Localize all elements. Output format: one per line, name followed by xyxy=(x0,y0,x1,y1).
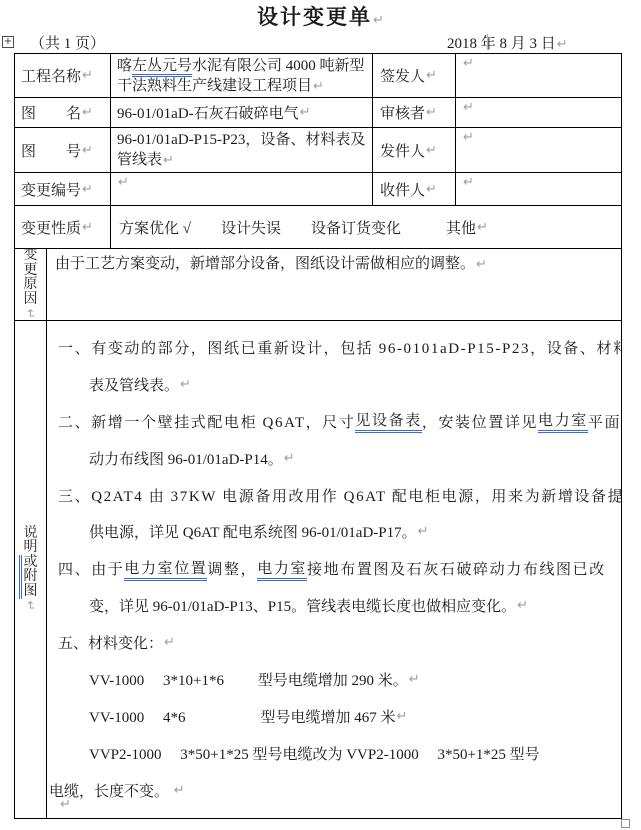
cell-label: 变更编号 xyxy=(21,179,81,200)
date-label: 2018 年 8 月 3 日↵ xyxy=(447,32,568,53)
cell-label: 图 号 xyxy=(21,140,81,161)
paragraph-mark: ↵ xyxy=(516,598,528,613)
paragraph-mark: ↵ xyxy=(179,377,191,392)
date-text: 2018 年 8 月 3 日 xyxy=(447,36,556,52)
note-text: 变，详见 96-01/01aD-P13、P15。管线表电缆长度也做相应变化。 xyxy=(89,595,516,616)
vertical-label-char: 明 xyxy=(24,541,38,556)
note-line: 供电源，详见 Q6AT 配电系统图 96-01/01aD-P17。↵ xyxy=(89,513,621,550)
vertical-label-char: 原 xyxy=(24,278,38,293)
change-reason-value-cell[interactable]: 由于工艺方案变动，新增部分设备，图纸设计需做相应的调整。↵ xyxy=(47,249,621,320)
cell-label: 变更性质 xyxy=(21,217,81,238)
drawing-name-label-cell: 图 名↵ xyxy=(15,98,111,127)
receiver-label-cell: 收件人↵ xyxy=(373,173,456,205)
paragraph-mark: ↵ xyxy=(283,451,295,466)
note-text: VV-1000 3*10+1*6 型号电缆增加 290 米。 xyxy=(89,669,408,690)
notes-content-cell[interactable]: 一、有变动的部分，图纸已重新设计，包括 96-0101aD-P15-P23，设备… xyxy=(47,321,621,818)
note-line: 三、Q2AT4 由 37KW 电源备用改用作 Q6AT 配电柜电源，用来为新增设… xyxy=(58,477,621,514)
text-segment: 喀 xyxy=(117,58,132,74)
cell-value: 96-01/01aD-石灰石破碎电气 xyxy=(117,102,299,123)
note-text: 动力布线图 96-01/01aD-P14。 xyxy=(89,448,283,469)
issuer-label-cell: 签发人↵ xyxy=(373,54,456,97)
cell-end-mark: ↵ xyxy=(425,105,437,120)
drawing-number-label-cell: 图 号↵ xyxy=(15,128,111,172)
spellcheck-underlined-text: 左丛元号 xyxy=(132,58,192,77)
vertical-label-char: 因 xyxy=(24,293,38,308)
issuer-value-cell[interactable]: ↵ xyxy=(456,54,621,97)
cell-end-mark: ↵ xyxy=(117,175,129,190)
change-order-table: 工程名称↵ 喀左丛元号水泥有限公司 4000 吨新型干法熟料生产线建设工程项目↵… xyxy=(14,53,622,819)
paragraph-mark: ↵ xyxy=(408,672,420,687)
table-move-handle-icon[interactable]: + xyxy=(2,36,14,48)
note-text: VVP2-1000 3*50+1*25 型号电缆改为 VVP2-1000 3*5… xyxy=(89,743,540,764)
notes-lines: 一、有变动的部分，图纸已重新设计，包括 96-0101aD-P15-P23，设备… xyxy=(47,329,621,809)
cell-label: 签发人 xyxy=(380,65,425,86)
note-text: VV-1000 4*6 型号电缆增加 467 米 xyxy=(89,706,396,727)
note-line: 表及管线表。↵ xyxy=(89,366,621,403)
cell-end-mark: ↵ xyxy=(81,143,93,158)
paragraph-mark: ↵ xyxy=(24,601,37,611)
spellcheck-line xyxy=(19,555,22,599)
paragraph-mark: ↵ xyxy=(173,783,185,798)
paragraph-mark: ↵ xyxy=(396,709,408,724)
note-text: 二、新增一个壁挂式配电柜 Q6AT，尺寸 xyxy=(58,411,355,432)
cell-end-mark: ↵ xyxy=(476,220,488,235)
note-line: VVP2-1000 3*50+1*25 型号电缆改为 VVP2-1000 3*5… xyxy=(89,735,621,772)
note-line: 一、有变动的部分，图纸已重新设计，包括 96-0101aD-P15-P23，设备… xyxy=(58,329,621,366)
table-resize-handle[interactable] xyxy=(621,819,630,828)
paragraph-mark: ↵ xyxy=(24,308,37,318)
note-line: 五、材料变化：↵ xyxy=(58,624,621,661)
vertical-label-char: 变 xyxy=(24,249,38,264)
vertical-label-char: 附 xyxy=(24,570,38,585)
cell-end-mark: ↵ xyxy=(81,220,93,235)
table-row: 工程名称↵ 喀左丛元号水泥有限公司 4000 吨新型干法熟料生产线建设工程项目↵… xyxy=(15,54,621,98)
cell-end-mark: ↵ xyxy=(312,79,324,94)
vertical-label-char: 更 xyxy=(24,264,38,279)
cell-end-mark: ↵ xyxy=(425,68,437,83)
cell-end-mark: ↵ xyxy=(162,153,174,168)
cell-end-mark: ↵ xyxy=(425,182,437,197)
cell-label: 收件人 xyxy=(380,179,425,200)
reason-text: 由于工艺方案变动，新增部分设备，图纸设计需做相应的调整。 xyxy=(55,256,475,272)
change-nature-label-cell: 变更性质↵ xyxy=(15,206,111,248)
page-title-text: 设计变更单 xyxy=(257,5,372,29)
table-row: 图 名↵ 96-01/01aD-石灰石破碎电气↵ 审核者↵ ↵ xyxy=(15,98,621,128)
table-row: 变更性质↵ 方案优化 √ 设计失误 设备订货变化 其他↵ xyxy=(15,206,621,249)
notes-label-cell: 说明或附图↵ xyxy=(15,321,47,818)
spellcheck-underlined-text: 电力室 xyxy=(257,557,307,581)
paragraph-mark: ↵ xyxy=(556,37,568,52)
text-cursor xyxy=(487,34,488,50)
cell-label: 发件人 xyxy=(380,140,425,161)
project-name-label-cell: 工程名称↵ xyxy=(15,54,111,97)
note-line: VV-1000 3*10+1*6 型号电缆增加 290 米。↵ xyxy=(89,661,621,698)
paragraph-mark: ↵ xyxy=(372,13,384,28)
note-text: 平面 xyxy=(588,411,621,432)
note-line: VV-1000 4*6 型号电缆增加 467 米↵ xyxy=(89,698,621,735)
nature-options-text: 方案优化 √ 设计失误 设备订货变化 其他 xyxy=(119,217,476,238)
note-line: 动力布线图 96-01/01aD-P14。↵ xyxy=(89,440,621,477)
note-text: 五、材料变化： xyxy=(58,632,163,653)
note-text: 接地布置图及石灰石破碎动力布线图已改 xyxy=(307,558,606,579)
cell-end-mark: ↵ xyxy=(462,130,474,145)
document-page: 设计变更单↵ （共 1 页） 2018 年 8 月 3 日↵ + 工程名称↵ 喀… xyxy=(0,0,641,830)
cell-end-mark: ↵ xyxy=(475,257,487,272)
note-text: 供电源，详见 Q6AT 配电系统图 96-01/01aD-P17。 xyxy=(89,521,417,542)
drawing-name-value-cell[interactable]: 96-01/01aD-石灰石破碎电气↵ xyxy=(111,98,373,127)
cell-end-mark: ↵ xyxy=(299,105,311,120)
table-row: 说明或附图↵ 一、有变动的部分，图纸已重新设计，包括 96-0101aD-P15… xyxy=(15,321,621,818)
change-nature-options-cell[interactable]: 方案优化 √ 设计失误 设备订货变化 其他↵ xyxy=(111,206,621,248)
sender-value-cell[interactable]: ↵ xyxy=(456,128,621,172)
table-row: 图 号↵ 96-01/01aD-P15-P23，设备、材料表及管线表↵ 发件人↵… xyxy=(15,128,621,173)
cell-end-mark: ↵ xyxy=(81,105,93,120)
cell-label: 图 名 xyxy=(21,102,81,123)
note-line: 变，详见 96-01/01aD-P13、P15。管线表电缆长度也做相应变化。↵ xyxy=(89,587,621,624)
spellcheck-underlined-text: 见设备表 xyxy=(355,409,421,433)
cell-end-mark: ↵ xyxy=(81,182,93,197)
paragraph-mark: ↵ xyxy=(59,797,71,812)
vertical-label-char: 图 xyxy=(24,585,38,600)
note-text: 三、Q2AT4 由 37KW 电源备用改用作 Q6AT 配电柜电源，用来为新增设… xyxy=(58,485,621,506)
paragraph-mark: ↵ xyxy=(163,635,175,650)
note-text: 四、由于 xyxy=(58,558,124,579)
table-row: 变更原因↵ 由于工艺方案变动，新增部分设备，图纸设计需做相应的调整。↵ xyxy=(15,249,621,321)
note-text: ，安装位置详见 xyxy=(422,411,538,432)
page-title: 设计变更单↵ xyxy=(0,1,641,31)
reviewer-label-cell: 审核者↵ xyxy=(373,98,456,127)
spellcheck-underlined-text: 电力室位置 xyxy=(124,557,207,581)
note-line: 电缆，长度不变。 ↵ xyxy=(49,772,621,809)
change-number-label-cell: 变更编号↵ xyxy=(15,173,111,205)
cell-end-mark: ↵ xyxy=(81,68,93,83)
sender-label-cell: 发件人↵ xyxy=(373,128,456,172)
note-line: 四、由于电力室位置调整，电力室接地布置图及石灰石破碎动力布线图已改 xyxy=(58,550,621,587)
change-reason-label-cell: 变更原因↵ xyxy=(15,249,47,320)
note-line: 二、新增一个壁挂式配电柜 Q6AT，尺寸见设备表，安装位置详见电力室平面 xyxy=(58,403,621,440)
note-text: 调整， xyxy=(207,558,257,579)
cell-label: 审核者 xyxy=(380,102,425,123)
paragraph-mark: ↵ xyxy=(417,524,429,539)
note-text: 表及管线表。 xyxy=(89,374,179,395)
receiver-value-cell[interactable]: ↵ xyxy=(456,173,621,205)
cell-value: 96-01/01aD-P15-P23，设备、材料表及管线表 xyxy=(117,132,365,168)
change-number-value-cell[interactable]: ↵ xyxy=(111,173,373,205)
project-name-value-cell[interactable]: 喀左丛元号水泥有限公司 4000 吨新型干法熟料生产线建设工程项目↵ xyxy=(111,54,373,97)
cell-end-mark: ↵ xyxy=(425,143,437,158)
reviewer-value-cell[interactable]: ↵ xyxy=(456,98,621,127)
cell-label: 工程名称 xyxy=(21,65,81,86)
text-segment: 96-01/01aD-P15-P23，设备、材料表及管线表 xyxy=(117,132,365,168)
page-count-label: （共 1 页） xyxy=(30,32,105,53)
text-segment: 96-01/01aD-石灰石破碎电气 xyxy=(117,106,299,122)
cell-end-mark: ↵ xyxy=(462,175,474,190)
note-text: 一、有变动的部分，图纸已重新设计，包括 96-0101aD-P15-P23，设备… xyxy=(58,337,621,358)
cell-end-mark: ↵ xyxy=(462,100,474,115)
table-row: 变更编号↵ ↵ 收件人↵ ↵ xyxy=(15,173,621,206)
cell-value: 喀左丛元号水泥有限公司 4000 吨新型干法熟料生产线建设工程项目 xyxy=(117,58,365,94)
spellcheck-underlined-text: 电力室 xyxy=(538,409,588,433)
drawing-number-value-cell[interactable]: 96-01/01aD-P15-P23，设备、材料表及管线表↵ xyxy=(111,128,373,172)
cell-end-mark: ↵ xyxy=(462,56,474,71)
